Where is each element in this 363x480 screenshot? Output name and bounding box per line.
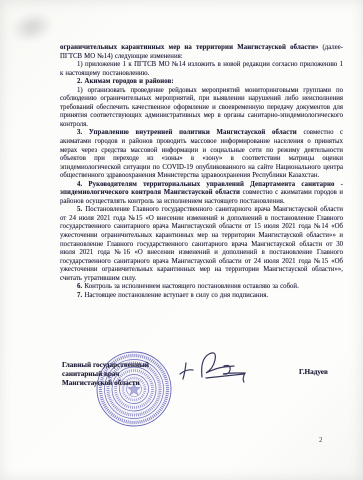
scan-artifact-smudge: [7, 7, 57, 47]
signer-name: Г.Надуев: [299, 368, 328, 376]
paragraph-text: совместно с акиматами городов и районов …: [60, 129, 343, 179]
paragraph: ограничительных карантинных мер на терри…: [60, 44, 343, 61]
paragraph-text-bold: ограничительных карантинных мер на терри…: [60, 44, 319, 51]
paragraph-text: Настоящее постановление вступает в силу …: [85, 292, 269, 299]
paragraph-text: 1) организовать проведение рейдовых меро…: [60, 87, 343, 128]
paragraph-text-bold: 2. Акимам городов и районов:: [77, 78, 174, 85]
paragraph: 4. Руководителям территориальных управле…: [60, 181, 343, 207]
signer-title-line: Мангистауской области: [62, 379, 192, 388]
page-number: 2: [319, 436, 323, 444]
paragraph: 1) организовать проведение рейдовых меро…: [60, 87, 343, 130]
signer-title-line: Главный государственный: [62, 361, 192, 370]
signer-title: Главный государственный санитарный врач …: [62, 361, 192, 389]
paragraph-text: 1) приложение 1 к ПГТСВ МО №14 изложить …: [60, 61, 343, 77]
paragraph-text: Постановление Главного государственного …: [60, 206, 343, 281]
paragraph-text-bold: 6.: [77, 283, 85, 290]
document-body: ограничительных карантинных мер на терри…: [60, 44, 343, 300]
paragraph: 5. Постановление Главного государственно…: [60, 206, 343, 283]
paragraph: 1) приложение 1 к ПГТСВ МО №14 изложить …: [60, 61, 343, 78]
paragraph-text-bold: 7.: [77, 292, 85, 299]
scanned-document-page: ограничительных карантинных мер на терри…: [0, 0, 363, 480]
paragraph-text: Контроль за исполнением настоящего поста…: [85, 283, 299, 290]
paragraph: 2. Акимам городов и районов:: [60, 78, 343, 87]
paragraph: 7. Настоящее постановление вступает в си…: [60, 292, 343, 301]
paragraph-text-bold: 3. Управлению внутренней политики Мангис…: [77, 129, 303, 136]
paragraph: 6. Контроль за исполнением настоящего по…: [60, 283, 343, 292]
paragraph: 3. Управлению внутренней политики Мангис…: [60, 129, 343, 180]
